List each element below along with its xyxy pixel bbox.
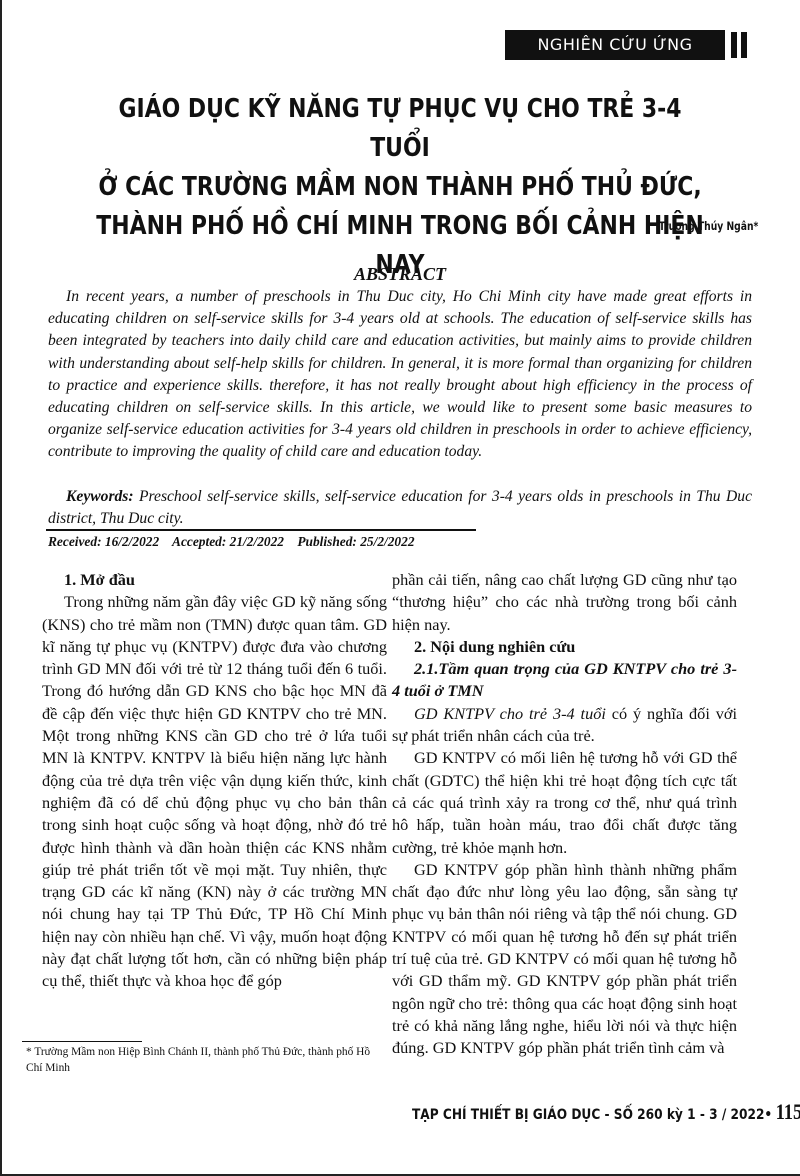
received-date: Received: 16/2/2022: [48, 534, 159, 549]
journal-footer: TẠP CHÍ THIẾT BỊ GIÁO DỤC - SỐ 260 kỳ 1 …: [412, 1099, 723, 1125]
author-name: Trương Thúy Ngân*: [659, 219, 758, 233]
page-number: 115: [776, 1099, 800, 1124]
section-heading-research: 2. Nội dung nghiên cứu: [392, 636, 737, 658]
published-date: Published: 25/2/2022: [297, 534, 414, 549]
abstract-body: In recent years, a number of preschools …: [48, 286, 752, 464]
section-bar-decoration: [731, 32, 737, 58]
section-heading-intro: 1. Mở đầu: [42, 569, 387, 591]
keywords-text: Preschool self-service skills, self-serv…: [48, 488, 752, 527]
importance-paragraph-3: GD KNTPV góp phần hình thành những phẩm …: [392, 859, 737, 1060]
importance-paragraph-1: GD KNTPV cho trẻ 3-4 tuổi có ý nghĩa đối…: [392, 703, 737, 748]
accepted-date: Accepted: 21/2/2022: [172, 534, 284, 549]
abstract-heading: ABSTRACT: [0, 264, 800, 285]
intro-paragraph: Trong những năm gần đây việc GD kỹ năng …: [42, 591, 387, 992]
keywords-label: Keywords:: [66, 488, 134, 505]
importance-paragraph-2: GD KNTPV có mối liên hệ tương hỗ với GD …: [392, 747, 737, 858]
keywords: Keywords: Preschool self-service skills,…: [48, 486, 752, 530]
author-affiliation-footnote: * Trường Mầm non Hiệp Bình Chánh II, thà…: [26, 1044, 376, 1076]
left-column: 1. Mở đầu Trong những năm gần đây việc G…: [42, 569, 387, 993]
article-title: GIÁO DỤC KỸ NĂNG TỰ PHỤC VỤ CHO TRẺ 3-4 …: [90, 90, 709, 285]
page-border-left: [0, 0, 2, 1176]
journal-issue: TẠP CHÍ THIẾT BỊ GIÁO DỤC - SỐ 260 kỳ 1 …: [412, 1107, 764, 1123]
right-column: phần cải tiến, nâng cao chất lượng GD cũ…: [392, 569, 737, 1060]
publication-dates: Received: 16/2/2022 Accepted: 21/2/2022 …: [48, 534, 425, 550]
section-label: NGHIÊN CỨU ỨNG DỤNG: [505, 30, 725, 60]
subsection-heading-importance: 2.1.Tầm quan trọng của GD KNTPV cho trẻ …: [392, 658, 737, 703]
footnote-divider: [22, 1041, 142, 1042]
footer-bullet: •: [764, 1107, 772, 1123]
intro-paragraph-continued: phần cải tiến, nâng cao chất lượng GD cũ…: [392, 569, 737, 636]
importance-lead-italic: GD KNTPV cho trẻ 3-4 tuổi: [414, 704, 606, 723]
section-bar-decoration: [741, 32, 747, 58]
dates-divider: [46, 529, 476, 531]
section-header: NGHIÊN CỨU ỨNG DỤNG: [505, 30, 747, 60]
